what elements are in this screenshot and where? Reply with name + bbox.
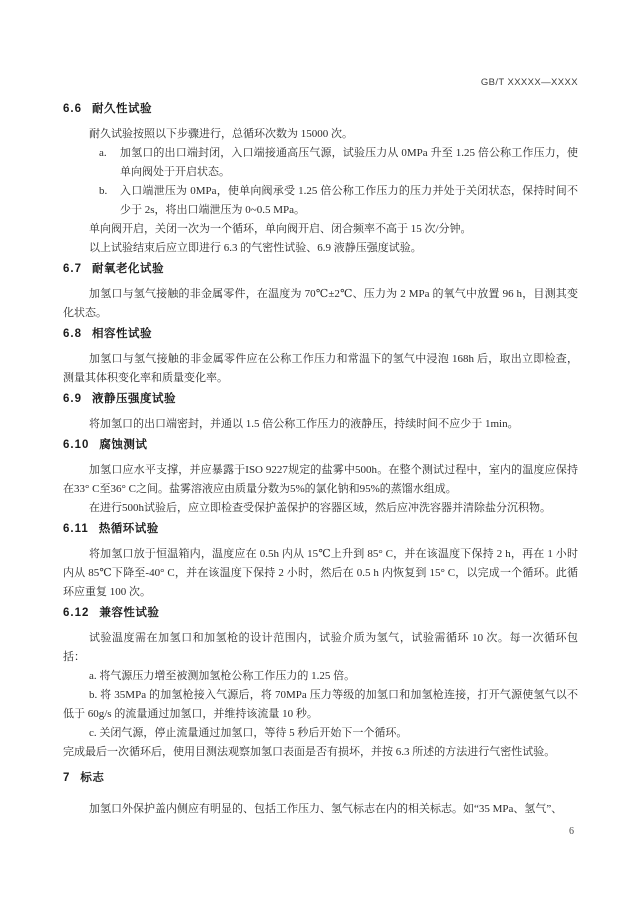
- section-title: 耐氧老化试验: [92, 260, 164, 279]
- section-title: 耐久性试验: [92, 100, 152, 119]
- paragraph: 在进行500h试验后，应立即检查受保护盖保护的容器区域，然后应冲洗容器并清除盐分…: [63, 499, 578, 518]
- section-6.7: 6.7耐氧老化试验加氢口与氢气接触的非金属零件，在温度为 70℃±2℃、压力为 …: [63, 260, 578, 323]
- list-item: b.入口端泄压为 0MPa，使单向阀承受 1.25 倍公称工作压力的压力并处于关…: [63, 182, 578, 220]
- section-number: 6.6: [63, 100, 82, 119]
- document-page: GB/T XXXXX—XXXX 6.6耐久性试验耐久试验按照以下步骤进行，总循环…: [0, 0, 640, 905]
- list-marker: b.: [99, 182, 107, 201]
- paragraph: 完成最后一次循环后，使用目测法观察加氢口表面是否有损坏，并按 6.3 所述的方法…: [63, 743, 578, 762]
- section-title: 液静压强度试验: [92, 390, 176, 409]
- paragraph: 将加氢口放于恒温箱内，温度应在 0.5h 内从 15℃上升到 85° C，并在该…: [63, 545, 578, 602]
- list-marker: a.: [99, 144, 107, 163]
- page-number: 6: [569, 826, 574, 837]
- section-6.12: 6.12兼容性试验试验温度需在加氢口和加氢枪的设计范围内，试验介质为氢气，试验需…: [63, 604, 578, 762]
- section-number: 6.9: [63, 390, 82, 409]
- section-title: 标志: [80, 769, 104, 788]
- paragraph: 试验温度需在加氢口和加氢枪的设计范围内，试验介质为氢气，试验需循环 10 次。每…: [63, 629, 578, 667]
- list-item-text: 加氢口的出口端封闭，入口端接通高压气源，试验压力从 0MPa 升至 1.25 倍…: [120, 147, 578, 178]
- section-heading: 6.6耐久性试验: [63, 100, 578, 119]
- paragraph: b. 将 35MPa 的加氢枪接入气源后，将 70MPa 压力等级的加氢口和加氢…: [63, 686, 578, 724]
- paragraph: a. 将气源压力增至被测加氢枪公称工作压力的 1.25 倍。: [63, 667, 578, 686]
- paragraph: c. 关闭气源，停止流量通过加氢口，等待 5 秒后开始下一个循环。: [63, 724, 578, 743]
- section-6.8: 6.8相容性试验加氢口与氢气接触的非金属零件应在公称工作压力和常温下的氢气中浸泡…: [63, 325, 578, 388]
- section-heading: 6.8相容性试验: [63, 325, 578, 344]
- section-heading: 6.12兼容性试验: [63, 604, 578, 623]
- section-heading: 6.7耐氧老化试验: [63, 260, 578, 279]
- section-6.10: 6.10腐蚀测试加氢口应水平支撑，并应暴露于ISO 9227规定的盐雾中500h…: [63, 436, 578, 518]
- section-number: 7: [63, 769, 70, 788]
- section-7: 7标志加氢口外保护盖内侧应有明显的、包括工作压力、氢气标志在内的相关标志。如“3…: [63, 769, 578, 819]
- standard-code-header: GB/T XXXXX—XXXX: [63, 76, 578, 89]
- paragraph: 加氢口与氢气接触的非金属零件应在公称工作压力和常温下的氢气中浸泡 168h 后，…: [63, 350, 578, 388]
- paragraph: 耐久试验按照以下步骤进行，总循环次数为 15000 次。: [63, 125, 578, 144]
- section-title: 热循环试验: [99, 520, 159, 539]
- list-item-text: 入口端泄压为 0MPa，使单向阀承受 1.25 倍公称工作压力的压力并处于关闭状…: [120, 185, 578, 216]
- paragraph: 将加氢口的出口端密封，并通以 1.5 倍公称工作压力的液静压，持续时间不应少于 …: [63, 415, 578, 434]
- section-number: 6.8: [63, 325, 82, 344]
- list-item: a.加氢口的出口端封闭，入口端接通高压气源，试验压力从 0MPa 升至 1.25…: [63, 144, 578, 182]
- paragraph: 以上试验结束后应立即进行 6.3 的气密性试验、6.9 液静压强度试验。: [63, 239, 578, 258]
- section-heading: 6.10腐蚀测试: [63, 436, 578, 455]
- section-6.11: 6.11热循环试验将加氢口放于恒温箱内，温度应在 0.5h 内从 15℃上升到 …: [63, 520, 578, 602]
- section-number: 6.10: [63, 436, 89, 455]
- section-title: 兼容性试验: [99, 604, 159, 623]
- section-number: 6.7: [63, 260, 82, 279]
- section-heading: 6.9液静压强度试验: [63, 390, 578, 409]
- document-body: 6.6耐久性试验耐久试验按照以下步骤进行，总循环次数为 15000 次。a.加氢…: [63, 100, 578, 819]
- section-number: 6.11: [63, 520, 89, 539]
- paragraph: 加氢口与氢气接触的非金属零件，在温度为 70℃±2℃、压力为 2 MPa 的氧气…: [63, 285, 578, 323]
- section-heading: 6.11热循环试验: [63, 520, 578, 539]
- section-heading: 7标志: [63, 769, 578, 788]
- section-6.6: 6.6耐久性试验耐久试验按照以下步骤进行，总循环次数为 15000 次。a.加氢…: [63, 100, 578, 258]
- section-6.9: 6.9液静压强度试验将加氢口的出口端密封，并通以 1.5 倍公称工作压力的液静压…: [63, 390, 578, 434]
- section-title: 相容性试验: [92, 325, 152, 344]
- paragraph: 加氢口应水平支撑，并应暴露于ISO 9227规定的盐雾中500h。在整个测试过程…: [63, 461, 578, 499]
- paragraph: 单向阀开启，关闭一次为一个循环，单向阀开启、闭合频率不高于 15 次/分钟。: [63, 220, 578, 239]
- paragraph: 加氢口外保护盖内侧应有明显的、包括工作压力、氢气标志在内的相关标志。如“35 M…: [63, 800, 578, 819]
- section-title: 腐蚀测试: [99, 436, 147, 455]
- section-number: 6.12: [63, 604, 89, 623]
